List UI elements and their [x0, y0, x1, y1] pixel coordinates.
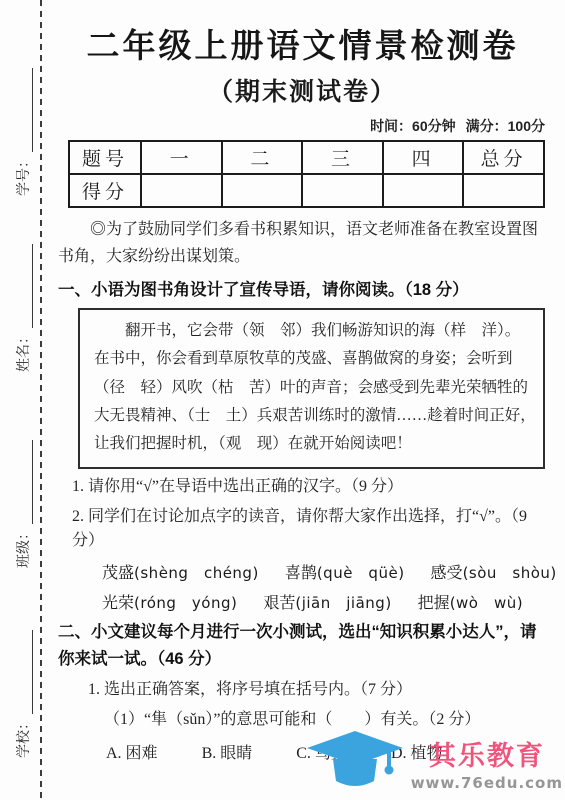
pinyin-item: 茂盛(shèng chéng)	[102, 560, 259, 583]
school-blank-line	[19, 630, 33, 714]
class-field: 班级：	[13, 426, 33, 568]
score-table-header-row: 题号 一 二 三 四 总分	[69, 141, 544, 174]
student-id-blank-line	[19, 68, 33, 152]
score-empty-cell	[302, 174, 383, 207]
section-one-heading: 一、小语为图书角设计了宣传导语，请你阅读。（18 分）	[58, 277, 547, 303]
pinyin-item: 喜鹊(què qüè)	[285, 560, 405, 583]
score-table: 题号 一 二 三 四 总分 得分	[68, 140, 545, 208]
student-name-blank-line	[19, 244, 33, 328]
brand-url: www.76edu.com	[411, 774, 563, 792]
pinyin-word: 艰苦	[263, 595, 295, 612]
exam-meta: 时间：60分钟满分：100分	[58, 116, 547, 136]
passage-box: 翻开书，它会带（领 邻）我们畅游知识的海（样 洋）。 在书中，你会看到草原牧草的…	[78, 308, 545, 469]
passage-line: 在书中，你会看到草原牧草的茂盛、喜鹊做窝的身姿；会听到	[94, 345, 529, 373]
main-content: 二年级上册语文情景检测卷 （期末测试卷） 时间：60分钟满分：100分 题号 一…	[58, 0, 547, 763]
section-two-question-1: 1. 选出正确答案，将序号填在括号内。（7 分）	[88, 678, 547, 702]
pinyin-word: 把握	[418, 595, 450, 612]
student-id-field: 学号：	[13, 54, 33, 196]
score-row-label: 得分	[69, 174, 141, 207]
pinyin-word: 光荣	[102, 595, 134, 612]
score-empty-cell	[141, 174, 222, 207]
score-table-header-cell: 三	[302, 141, 383, 174]
full-score-label: 满分：100分	[466, 118, 545, 134]
pinyin-choices: (wò wù)	[450, 594, 523, 612]
page-subtitle: （期末测试卷）	[58, 72, 547, 108]
pinyin-item: 光荣(róng yóng)	[102, 590, 237, 613]
pinyin-choices: (què qüè)	[317, 564, 405, 582]
passage-line: 让我们把握时机，（观 现）在就开始阅读吧！	[94, 430, 529, 458]
student-name-label: 姓名：	[13, 330, 33, 372]
pinyin-word: 喜鹊	[285, 565, 317, 582]
pinyin-choice-row-2: 光荣(róng yóng) 艰苦(jiān jiāng) 把握(wò wù)	[102, 590, 547, 613]
pinyin-word: 茂盛	[102, 565, 134, 582]
score-empty-cell	[222, 174, 303, 207]
section-one-question-1: 1. 请你用“√”在导语中选出正确的汉字。（9 分）	[72, 475, 547, 499]
passage-line: 翻开书，它会带（领 邻）我们畅游知识的海（样 洋）。	[94, 317, 529, 345]
score-table-header-cell: 题号	[69, 141, 141, 174]
pinyin-choices: (shèng chéng)	[134, 564, 259, 582]
section-one-question-2: 2. 同学们在讨论加点字的读音，请你帮大家作出选择，打“√”。（9 分）	[72, 505, 547, 553]
student-id-label: 学号：	[13, 154, 33, 196]
school-label: 学校：	[13, 716, 33, 758]
option-a: A. 困难	[106, 740, 158, 763]
graduation-cap-icon	[303, 729, 407, 796]
school-field: 学校：	[13, 616, 33, 758]
score-empty-cell	[463, 174, 544, 207]
page-title: 二年级上册语文情景检测卷	[58, 20, 547, 67]
pinyin-choices: (sòu shòu)	[463, 564, 557, 582]
score-table-score-row: 得分	[69, 174, 544, 207]
class-blank-line	[19, 440, 33, 524]
passage-line: （径 轻）风吹（枯 苦）叶的声音；会感受到先辈光荣牺牲的	[94, 374, 529, 402]
pinyin-choices: (róng yóng)	[134, 594, 237, 612]
pinyin-word: 感受	[431, 565, 463, 582]
score-empty-cell	[383, 174, 464, 207]
footer-logo-text: 其乐教育 www.76edu.com	[411, 734, 563, 792]
pinyin-item: 把握(wò wù)	[418, 590, 523, 613]
footer-logo: 其乐教育 www.76edu.com	[303, 729, 563, 796]
option-b: B. 眼睛	[202, 740, 253, 763]
intro-paragraph: ◎为了鼓励同学们多看书积累知识，语文老师准备在教室设置图书角，大家纷纷出谋划策。	[58, 217, 547, 271]
section-two-heading: 二、小文建议每个月进行一次小测试，选出“知识积累小达人”，请你来试一试。（46 …	[58, 619, 547, 672]
score-table-header-cell: 四	[383, 141, 464, 174]
score-table-header-cell: 总分	[463, 141, 544, 174]
student-name-field: 姓名：	[13, 230, 33, 372]
pinyin-choices: (jiān jiāng)	[295, 594, 391, 612]
pinyin-item: 艰苦(jiān jiāng)	[263, 590, 391, 613]
exam-paper-page: 学号： 姓名： 班级： 学校： 二年级上册语文情景检测卷 （期末测试卷） 时间：…	[0, 0, 565, 800]
score-table-header-cell: 二	[222, 141, 303, 174]
class-label: 班级：	[13, 526, 33, 568]
passage-line: 大无畏精神、（士 土）兵艰苦训练时的激情……趁着时间正好，	[94, 402, 529, 430]
binding-dashed-line	[40, 0, 42, 800]
brand-name: 其乐教育	[411, 734, 563, 773]
pinyin-choice-row-1: 茂盛(shèng chéng) 喜鹊(què qüè) 感受(sòu shòu)	[102, 560, 547, 583]
time-limit-label: 时间：60分钟	[370, 118, 456, 134]
score-table-header-cell: 一	[141, 141, 222, 174]
pinyin-item: 感受(sòu shòu)	[431, 560, 557, 583]
